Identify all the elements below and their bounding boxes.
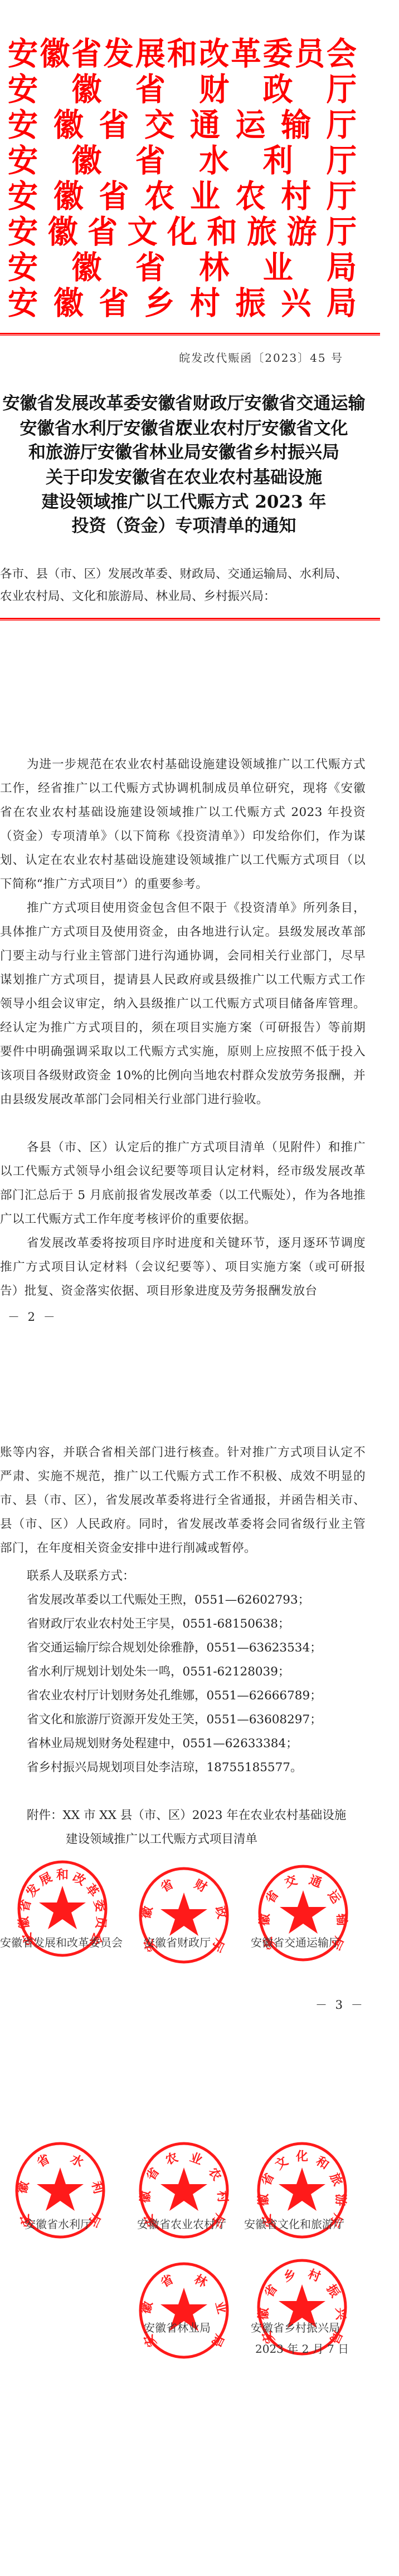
letterhead-char: 安	[8, 179, 38, 214]
letterhead-char: 安	[8, 107, 38, 142]
letterhead-char: 农	[236, 179, 266, 214]
letterhead-char: 厅	[327, 72, 357, 107]
letterhead-char: 财	[199, 72, 229, 107]
letterhead-char: 徽	[40, 36, 70, 71]
letterhead-char: 会	[327, 36, 357, 71]
contact-item: 省水利厅规划计划处朱一鸣，0551-62128039；	[27, 1661, 290, 1683]
title-line-4: 关于印发安徽省在农业农村基础设施	[0, 465, 368, 490]
letterhead-char: 革	[231, 36, 261, 71]
letterhead-char: 乡	[144, 286, 174, 321]
contact-item: 省发展改革委以工代赈处王煦，0551—62602793；	[27, 1589, 310, 1611]
letterhead-char: 局	[327, 286, 357, 321]
letterhead-line-2: 安徽省财政厅	[8, 72, 357, 107]
letterhead-char: 发	[104, 36, 134, 71]
salutation-line-1: 各市、县（市、区）发展改革委、财政局、交通运输局、水利局、	[0, 563, 348, 586]
signature-label: 安徽省水利厅	[25, 2215, 91, 2231]
letterhead-char: 化	[167, 214, 197, 249]
signature-label: 安徽省乡村振兴局	[251, 2319, 340, 2335]
letterhead-line-5: 安徽省农业农村厅	[8, 179, 357, 214]
page-number-2: － 2 －	[8, 1308, 57, 1325]
title-line-5: 建设领域推广以工代赈方式 2023 年	[0, 490, 368, 514]
letterhead-line-8: 安徽省乡村振兴局	[8, 286, 357, 321]
letterhead-char: 和	[207, 214, 237, 249]
attachment-line-2: 建设领域推广以工代赈方式项目清单	[66, 1828, 257, 1851]
title-line-3: 和旅游厅安徽省林业局安徽省乡村振兴局	[0, 440, 368, 465]
letterhead-char: 水	[199, 143, 229, 178]
letterhead-char: 游	[287, 214, 317, 249]
letterhead-char: 厅	[327, 214, 357, 249]
letterhead-char: 省	[135, 143, 166, 178]
contact-item: 省财政厅农业农村处王宇昊，0551-68150638；	[27, 1613, 290, 1635]
body-paragraph-4-start: 省发展改革委将按项目序时进度和关键环节，逐月逐环节调度推广方式项目认定材料（会议…	[0, 1231, 366, 1303]
body-paragraph-1: 为进一步规范在农业农村基础设施建设领域推广以工代赈方式工作，经省推广以工代赈方式…	[0, 753, 366, 896]
letterhead-char: 员	[295, 36, 325, 71]
contact-item: 省交通运输厅综合规划处徐雅静，0551—63623534；	[27, 1637, 322, 1659]
letterhead-line-1: 安徽省发展和改革委员会	[8, 36, 357, 71]
letterhead-char: 政	[263, 72, 293, 107]
letterhead-line-6: 安徽省文化和旅游厅	[8, 214, 357, 249]
letterhead-char: 徽	[53, 107, 84, 142]
document-number: 皖发改代赈函〔2023〕45 号	[179, 349, 343, 365]
letterhead-char: 村	[281, 179, 311, 214]
letterhead-char: 局	[327, 250, 357, 285]
letterhead-char: 省	[71, 36, 101, 71]
salutation-line-2: 农业农村局、文化和旅游局、林业局、乡村振兴局：	[0, 586, 276, 608]
letterhead-char: 省	[87, 214, 118, 249]
letterhead-line-7: 安徽省林业局	[8, 250, 357, 285]
letterhead-char: 文	[128, 214, 158, 249]
letterhead-red-rule	[0, 333, 380, 336]
contact-item: 省农业农村厅计划财务处孔维娜，0551—62666789；	[27, 1685, 322, 1707]
letterhead-char: 委	[263, 36, 293, 71]
letterhead-char: 旅	[247, 214, 277, 249]
page-break-red-rule	[0, 618, 380, 621]
letterhead-char: 林	[199, 250, 229, 285]
letterhead-char: 业	[263, 250, 293, 285]
body-paragraph-4-end: 账等内容，并联合省相关部门进行核查。针对推广方式项目认定不严肃、实施不规范，推广…	[0, 1441, 366, 1560]
page-number-3: － 3 －	[315, 1996, 365, 2013]
letterhead-char: 交	[144, 107, 174, 142]
letterhead-char: 徽	[53, 179, 84, 214]
title-line-6: 投资（资金）专项清单的通知	[0, 514, 368, 538]
official-seal-icon: 安徽省财政厅	[137, 1866, 231, 1965]
letterhead-char: 省	[99, 179, 129, 214]
letterhead-char: 厅	[327, 179, 357, 214]
letterhead-char: 省	[99, 286, 129, 321]
letterhead-char: 徽	[53, 286, 84, 321]
issue-date: 2023 年 2 月 7 日	[255, 2340, 349, 2356]
letterhead-char: 农	[144, 179, 174, 214]
letterhead-char: 厅	[327, 143, 357, 178]
letterhead-char: 业	[190, 179, 220, 214]
letterhead-char: 安	[8, 72, 38, 107]
letterhead-char: 徽	[71, 250, 101, 285]
signature-label: 安徽省交通运输厅	[251, 1934, 340, 1950]
letterhead-char: 徽	[71, 143, 101, 178]
contacts-heading: 联系人及联系方式：	[27, 1565, 135, 1587]
letterhead-char: 和	[167, 36, 197, 71]
contact-item: 省文化和旅游厅资源开发处王笑，0551—63608297；	[27, 1709, 322, 1731]
contact-item: 省林业局规划财务处程建中，0551—62633384；	[27, 1733, 298, 1755]
letterhead-char: 省	[99, 107, 129, 142]
letterhead-char: 省	[135, 250, 166, 285]
attachment-line-1: 附件：XX 市 XX 县（市、区）2023 年在农业农村基础设施	[27, 1805, 346, 1827]
letterhead-char: 利	[263, 143, 293, 178]
official-seal-icon: 安徽省林业局	[137, 2261, 231, 2360]
letterhead-char: 安	[8, 214, 38, 249]
letterhead-char: 安	[8, 143, 38, 178]
signature-label: 安徽省财政厅	[144, 1934, 211, 1950]
letterhead-char: 安	[8, 36, 38, 71]
letterhead-line-4: 安徽省水利厅	[8, 143, 357, 178]
signature-label: 安徽省林业局	[144, 2319, 211, 2335]
letterhead-char: 徽	[71, 72, 101, 107]
letterhead-line-3: 安徽省交通运输厅	[8, 107, 357, 142]
letterhead-char: 村	[190, 286, 220, 321]
letterhead-char: 安	[8, 250, 38, 285]
letterhead-char: 省	[135, 72, 166, 107]
letterhead-char: 振	[236, 286, 266, 321]
body-paragraph-2: 推广方式项目使用资金包含但不限于《投资清单》所列条目，具体推广方式项目及使用资金…	[0, 896, 366, 1112]
letterhead-char: 安	[8, 286, 38, 321]
title-line-2: 安徽省水利厅安徽省农业农村厅安徽省文化	[0, 416, 368, 441]
letterhead-char: 厅	[327, 107, 357, 142]
signature-label: 安徽省发展和改革委员会	[0, 1934, 123, 1950]
letterhead-char: 兴	[281, 286, 311, 321]
body-paragraph-3: 各县（市、区）认定后的推广方式项目清单（见附件）和推广以工代赈方式领导小组会议纪…	[0, 1135, 366, 1231]
letterhead-char: 徽	[48, 214, 78, 249]
contact-item: 省乡村振兴局规划项目处李洁琼，18755185577。	[27, 1757, 302, 1779]
letterhead-char: 改	[199, 36, 229, 71]
letterhead-char: 展	[135, 36, 166, 71]
signature-label: 安徽省农业农村厅	[137, 2215, 226, 2231]
letterhead-char: 通	[190, 107, 220, 142]
letterhead-char: 输	[281, 107, 311, 142]
letterhead-char: 运	[236, 107, 266, 142]
signature-label: 安徽省文化和旅游厅	[244, 2215, 344, 2231]
